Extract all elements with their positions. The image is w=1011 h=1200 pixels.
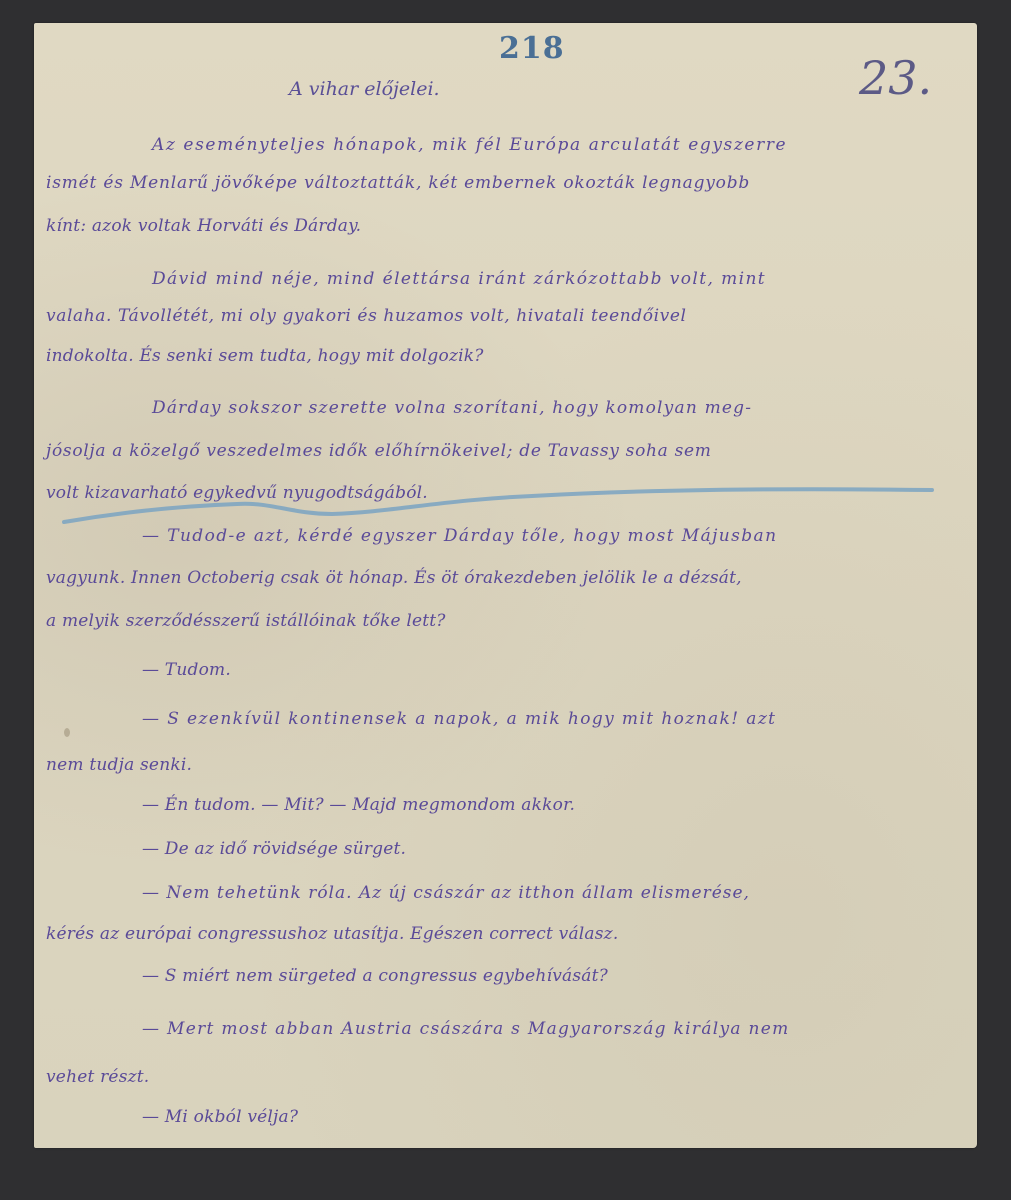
text-line: — Tudod-e azt, kérdé egyszer Dárday tőle… bbox=[142, 526, 777, 546]
archive-stamp-number: 218 bbox=[499, 31, 565, 66]
text-line: — S miért nem sürgeted a congressus egyb… bbox=[142, 966, 608, 986]
text-line: valaha. Távollétét, mi oly gyakori és hu… bbox=[46, 306, 687, 326]
text-line: — S ezenkívül kontinensek a napok, a mik… bbox=[142, 709, 776, 729]
ink-smudge bbox=[64, 728, 70, 737]
text-line: indokolta. És senki sem tudta, hogy mit … bbox=[46, 346, 484, 366]
blue-pencil-divider bbox=[62, 478, 942, 528]
text-line: — Mi okból vélja? bbox=[142, 1107, 298, 1127]
folio-number: 23. bbox=[859, 51, 932, 105]
chapter-title: A vihar előjelei. bbox=[289, 78, 440, 100]
text-line: a melyik szerződésszerű istállóinak tőke… bbox=[46, 611, 446, 631]
text-line: Dávid mind néje, mind élettársa iránt zá… bbox=[152, 269, 766, 289]
text-line: — Tudom. bbox=[142, 660, 231, 680]
text-line: — Mert most abban Austria császára s Mag… bbox=[142, 1019, 790, 1039]
text-line: ismét és Menlarű jövőképe változtatták, … bbox=[46, 173, 750, 193]
text-line: kínt: azok voltak Horváti és Dárday. bbox=[46, 216, 361, 236]
text-line: vehet részt. bbox=[46, 1067, 149, 1087]
manuscript-page: 218 23. A vihar előjelei. Az eseménytelj… bbox=[34, 23, 977, 1148]
text-line: nem tudja senki. bbox=[46, 755, 192, 775]
text-line: vagyunk. Innen Octoberig csak öt hónap. … bbox=[46, 568, 742, 588]
text-line: Az eseményteljes hónapok, mik fél Európa… bbox=[152, 135, 787, 155]
text-line: Dárday sokszor szerette volna szorítani,… bbox=[152, 398, 752, 418]
text-line: — De az idő rövidsége sürget. bbox=[142, 839, 406, 859]
text-line: — Én tudom. — Mit? — Majd megmondom akko… bbox=[142, 795, 575, 815]
text-line: kérés az európai congressushoz utasítja.… bbox=[46, 924, 618, 944]
text-line: — Nem tehetünk róla. Az új császár az it… bbox=[142, 883, 750, 903]
text-line: jósolja a közelgő veszedelmes idők előhí… bbox=[46, 441, 712, 461]
